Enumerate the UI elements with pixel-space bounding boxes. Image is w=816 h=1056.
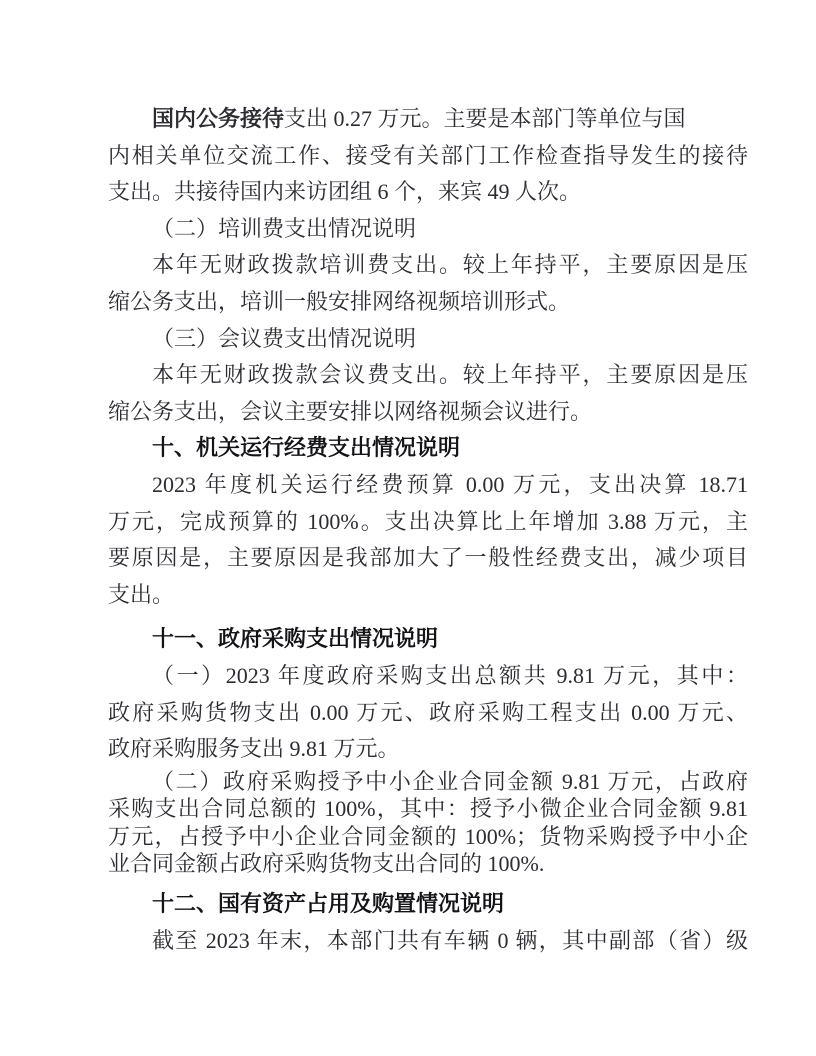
section-heading-block: 十、机关运行经费支出情况说明 <box>108 430 748 467</box>
text-line: 支出。共接待国内来访团组 6 个，来宾 49 人次。 <box>108 174 748 211</box>
paragraph: 国内公务接待支出 0.27 万元。主要是本部门等单位与国内相关单位交流工作、接受… <box>108 101 748 211</box>
text-line: （三）会议费支出情况说明 <box>108 321 748 358</box>
text-run: 万元，占授予中小企业合同金额的 100%；货物采购授予中小企 <box>108 824 748 849</box>
bold-text-run: 十一、政府采购支出情况说明 <box>152 626 438 651</box>
text-line: 内相关单位交流工作、接受有关部门工作检查指导发生的接待 <box>108 138 748 175</box>
text-line: （一）2023 年度政府采购支出总额共 9.81 万元，其中： <box>108 658 748 695</box>
text-line: 政府采购服务支出 9.81 万元。 <box>108 731 748 768</box>
text-line: 缩公务支出，会议主要安排以网络视频会议进行。 <box>108 394 748 431</box>
text-run: （三）会议费支出情况说明 <box>152 326 416 351</box>
paragraph: （一）2023 年度政府采购支出总额共 9.81 万元，其中：政府采购货物支出 … <box>108 658 748 768</box>
paragraph: 本年无财政拨款会议费支出。较上年持平，主要原因是压缩公务支出，会议主要安排以网络… <box>108 357 748 430</box>
text-run: 万元，完成预算的 100%。支出决算比上年增加 3.88 万元，主 <box>108 509 748 534</box>
paragraph: （二）培训费支出情况说明 <box>108 211 748 248</box>
text-line: 采购支出合同总额的 100%，其中：授予小微企业合同金额 9.81 <box>108 795 748 823</box>
text-line: （二）政府采购授予中小企业合同金额 9.81 万元，占政府 <box>108 768 748 796</box>
text-line: 要原因是，主要原因是我部加大了一般性经费支出，减少项目 <box>108 540 748 577</box>
text-run: （一）2023 年度政府采购支出总额共 9.81 万元，其中： <box>152 663 748 688</box>
text-line: 本年无财政拨款会议费支出。较上年持平，主要原因是压 <box>108 357 748 394</box>
section-heading: 十二、国有资产占用及购置情况说明 <box>108 886 748 923</box>
text-line: 截至 2023 年末，本部门共有车辆 0 辆，其中副部（省）级 <box>108 923 748 960</box>
text-run: 采购支出合同总额的 100%，其中：授予小微企业合同金额 9.81 <box>108 796 748 821</box>
paragraph: （二）政府采购授予中小企业合同金额 9.81 万元，占政府采购支出合同总额的 1… <box>108 768 748 878</box>
text-line: 万元，占授予中小企业合同金额的 100%；货物采购授予中小企 <box>108 823 748 851</box>
section-heading-block: 十二、国有资产占用及购置情况说明 <box>108 886 748 923</box>
text-line: 政府采购货物支出 0.00 万元、政府采购工程支出 0.00 万元、 <box>108 695 748 732</box>
text-run: 缩公务支出，会议主要安排以网络视频会议进行。 <box>108 399 592 424</box>
section-heading: 十一、政府采购支出情况说明 <box>108 621 748 658</box>
paragraph: 2023 年度机关运行经费预算 0.00 万元，支出决算 18.71万元，完成预… <box>108 467 748 613</box>
section-heading-block: 十一、政府采购支出情况说明 <box>108 621 748 658</box>
text-run: 支出 0.27 万元。主要是本部门等单位与国 <box>284 106 686 131</box>
document-page: 国内公务接待支出 0.27 万元。主要是本部门等单位与国内相关单位交流工作、接受… <box>0 0 816 1056</box>
text-run: 本年无财政拨款会议费支出。较上年持平，主要原因是压 <box>152 362 748 387</box>
text-line: 缩公务支出，培训一般安排网络视频培训形式。 <box>108 284 748 321</box>
bold-text-run: 十、机关运行经费支出情况说明 <box>152 435 460 460</box>
bold-text-run: 国内公务接待 <box>152 106 284 131</box>
text-run: 政府采购货物支出 0.00 万元、政府采购工程支出 0.00 万元、 <box>108 700 748 725</box>
bold-text-run: 十二、国有资产占用及购置情况说明 <box>152 891 504 916</box>
text-run: 政府采购服务支出 9.81 万元。 <box>108 736 400 761</box>
section-heading: 十、机关运行经费支出情况说明 <box>108 430 748 467</box>
text-line: 支出。 <box>108 577 748 614</box>
text-run: 本年无财政拨款培训费支出。较上年持平，主要原因是压 <box>152 252 748 277</box>
text-run: 缩公务支出，培训一般安排网络视频培训形式。 <box>108 289 570 314</box>
text-run: （二）培训费支出情况说明 <box>152 216 416 241</box>
paragraph: （三）会议费支出情况说明 <box>108 321 748 358</box>
paragraph: 截至 2023 年末，本部门共有车辆 0 辆，其中副部（省）级 <box>108 923 748 960</box>
text-line: 2023 年度机关运行经费预算 0.00 万元，支出决算 18.71 <box>108 467 748 504</box>
text-run: 截至 2023 年末，本部门共有车辆 0 辆，其中副部（省）级 <box>152 928 748 953</box>
text-line: 万元，完成预算的 100%。支出决算比上年增加 3.88 万元，主 <box>108 504 748 541</box>
text-line: 国内公务接待支出 0.27 万元。主要是本部门等单位与国 <box>108 101 748 138</box>
paragraph: 本年无财政拨款培训费支出。较上年持平，主要原因是压缩公务支出，培训一般安排网络视… <box>108 247 748 320</box>
text-run: 业合同金额占政府采购货物支出合同的 100%. <box>108 851 544 876</box>
text-run: 内相关单位交流工作、接受有关部门工作检查指导发生的接待 <box>108 143 748 168</box>
document-content: 国内公务接待支出 0.27 万元。主要是本部门等单位与国内相关单位交流工作、接受… <box>108 101 748 959</box>
text-run: 支出。 <box>108 582 174 607</box>
text-run: 支出。共接待国内来访团组 6 个，来宾 49 人次。 <box>108 179 581 204</box>
text-run: 2023 年度机关运行经费预算 0.00 万元，支出决算 18.71 <box>152 472 748 497</box>
text-line: 业合同金额占政府采购货物支出合同的 100%. <box>108 850 748 878</box>
text-run: （二）政府采购授予中小企业合同金额 9.81 万元，占政府 <box>152 769 748 794</box>
text-run: 要原因是，主要原因是我部加大了一般性经费支出，减少项目 <box>108 545 748 570</box>
text-line: 本年无财政拨款培训费支出。较上年持平，主要原因是压 <box>108 247 748 284</box>
text-line: （二）培训费支出情况说明 <box>108 211 748 248</box>
